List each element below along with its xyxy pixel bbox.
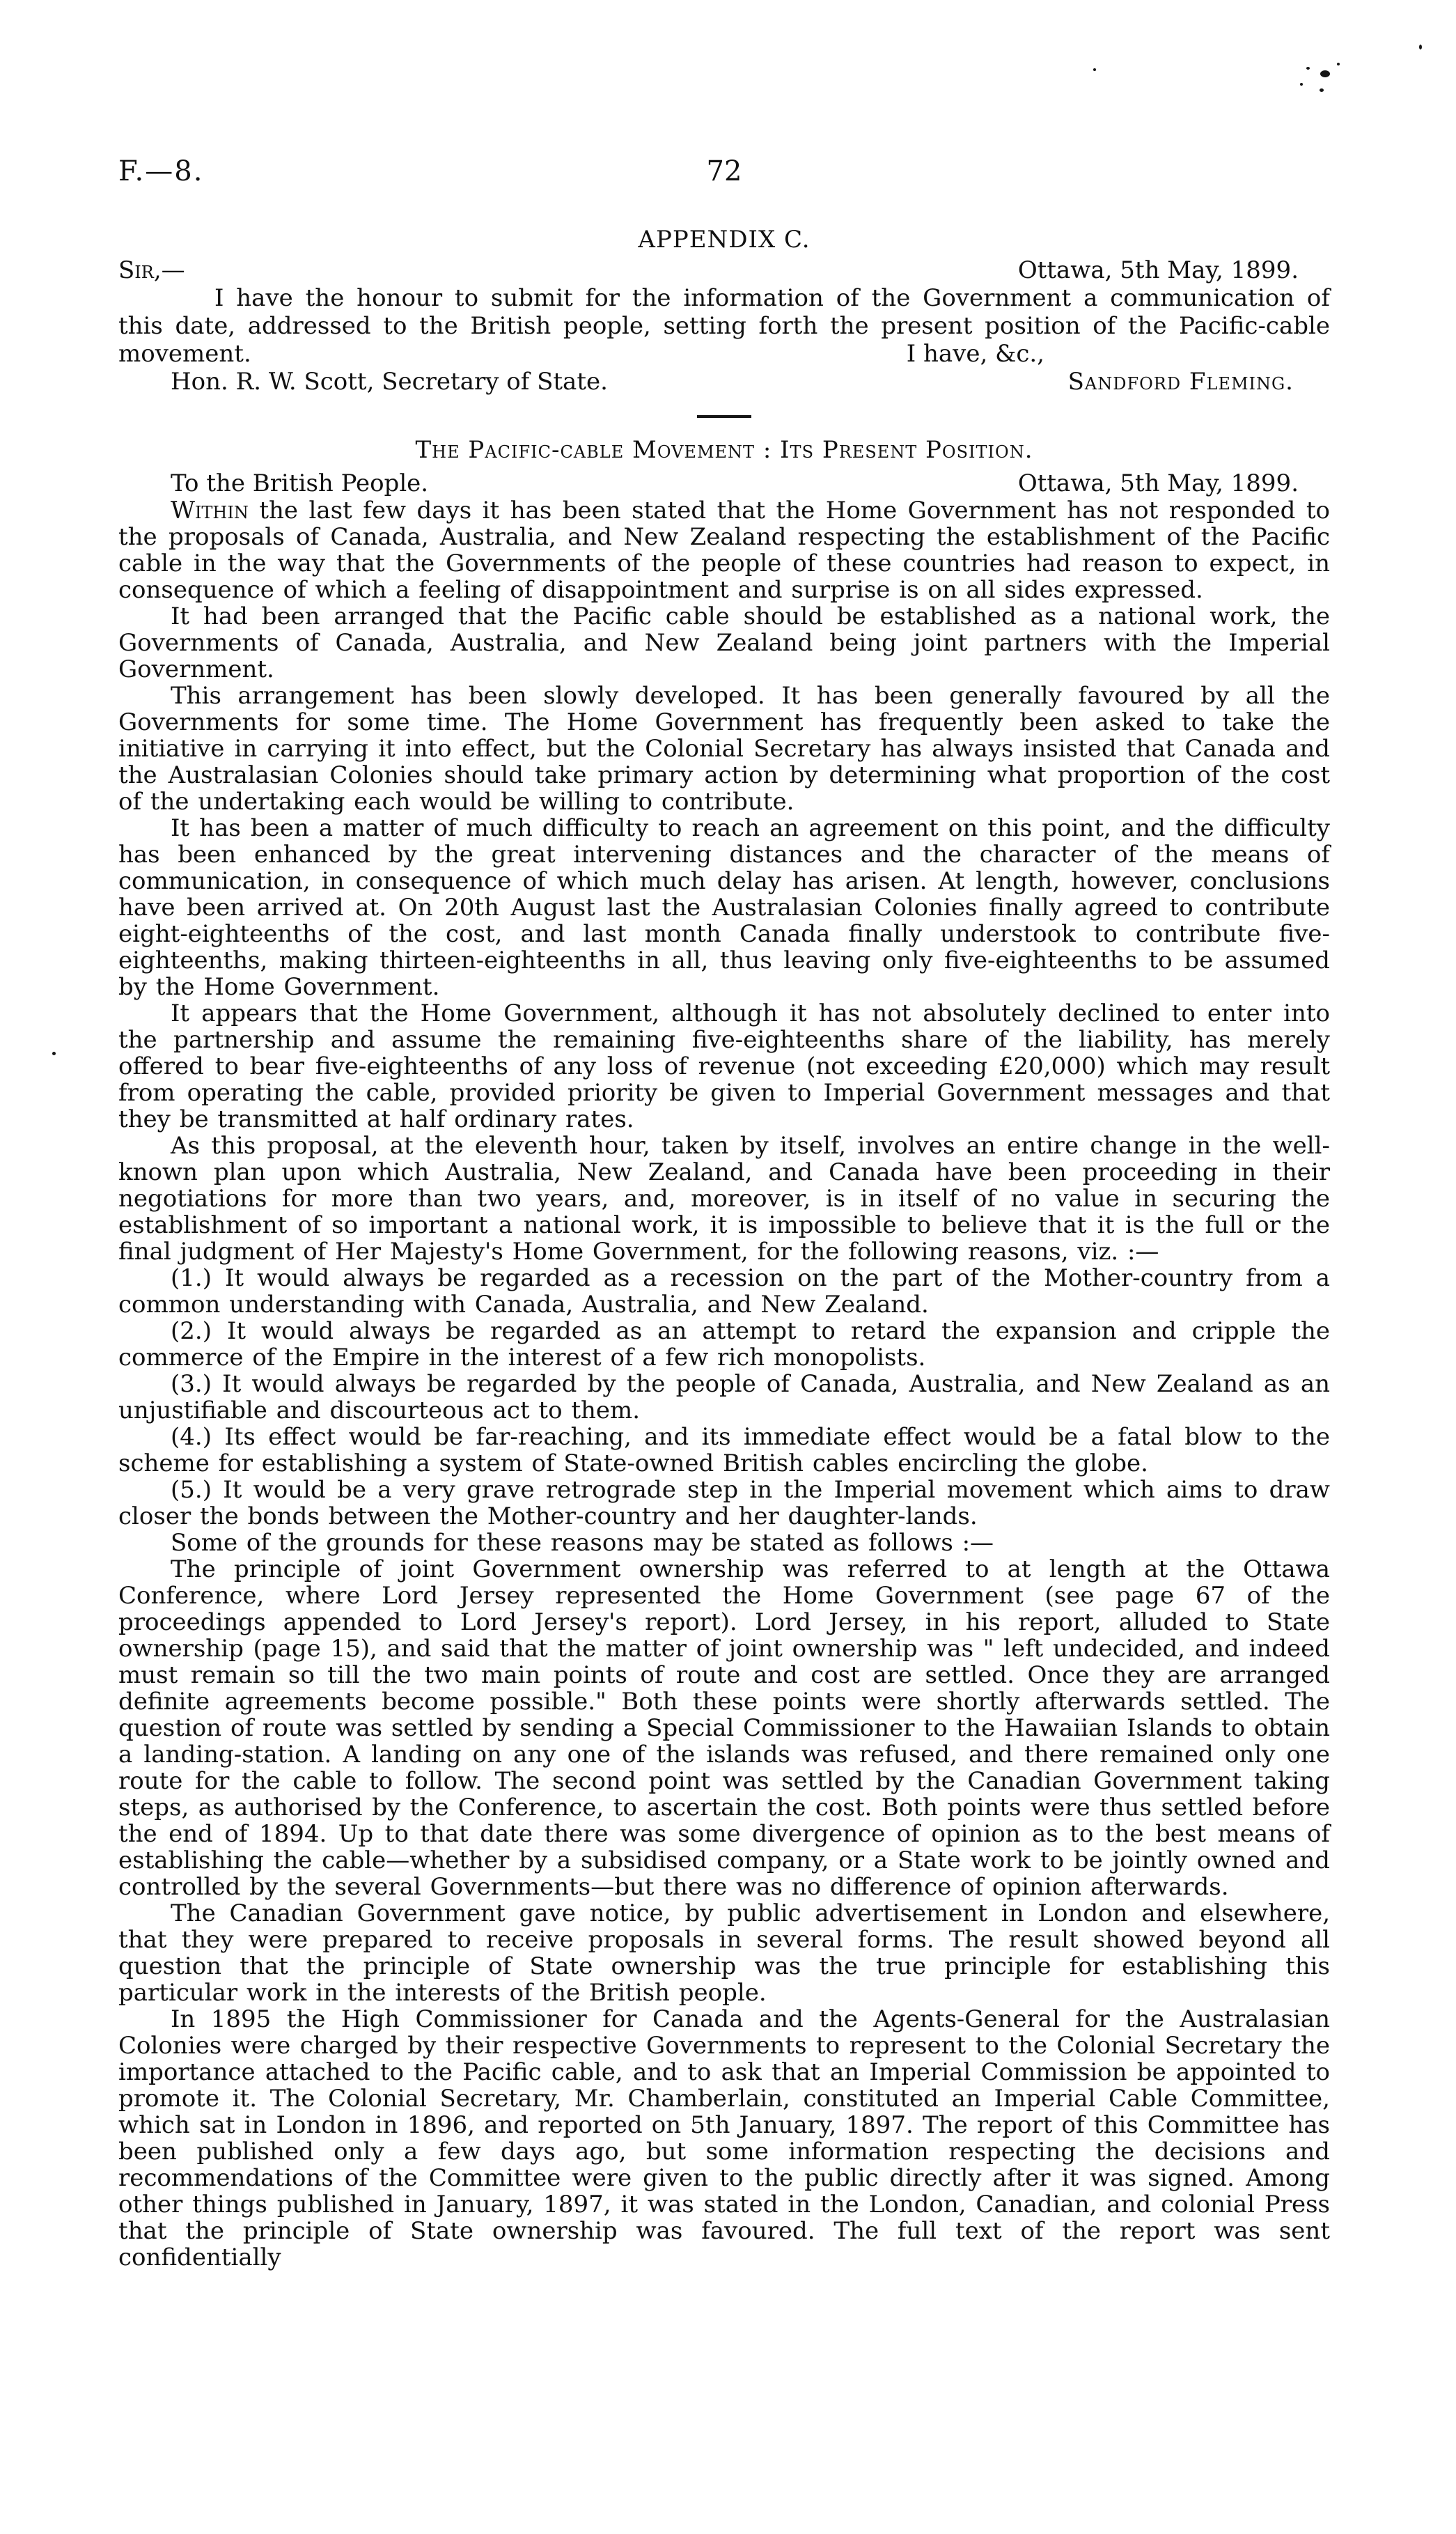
article-dateline-row: To the British People. Ottawa, 5th May, … (118, 469, 1330, 497)
paragraph: It has been a matter of much difficulty … (118, 815, 1330, 1000)
paragraph-lead-word: Within (171, 497, 249, 524)
article-title: The Pacific-cable Movement : Its Present… (118, 436, 1330, 464)
letter-section: Sir,— Ottawa, 5th May, 1899. I have the … (118, 256, 1330, 396)
page-header: F.—8. 72 (118, 155, 1330, 188)
letter-dateline: Ottawa, 5th May, 1899. (1018, 256, 1299, 284)
appendix-title: APPENDIX C. (118, 226, 1330, 254)
letter-signature: Sandford Fleming. (1068, 368, 1294, 396)
ink-speck (1320, 88, 1324, 92)
article-dateline: Ottawa, 5th May, 1899. (1018, 469, 1299, 497)
page-number: 72 (118, 155, 1330, 188)
text-column: F.—8. 72 APPENDIX C. Sir,— Ottawa, 5th M… (118, 0, 1330, 2271)
paragraph: In 1895 the High Commissioner for Canada… (118, 2006, 1330, 2271)
section-divider-rule (697, 415, 751, 418)
paragraph: (5.) It would be a very grave retrograde… (118, 1477, 1330, 1530)
ink-speck (1337, 63, 1340, 65)
signature-row: Hon. R. W. Scott, Secretary of State. Sa… (118, 368, 1330, 396)
letter-addressee: Hon. R. W. Scott, Secretary of State. (171, 368, 608, 396)
ink-speck (1320, 70, 1330, 77)
paragraph: This arrangement has been slowly develop… (118, 683, 1330, 815)
ink-speck (52, 1052, 56, 1055)
letter-valediction: I have, &c., (118, 340, 1044, 368)
paragraph: (1.) It would always be regarded as a re… (118, 1265, 1330, 1318)
paragraph: (4.) Its effect would be far-reaching, a… (118, 1424, 1330, 1477)
paragraph: As this proposal, at the eleventh hour, … (118, 1133, 1330, 1265)
paragraph: The principle of joint Government owners… (118, 1556, 1330, 1900)
salutation: Sir,— (118, 256, 185, 284)
paragraph: (3.) It would always be regarded by the … (118, 1371, 1330, 1424)
paragraph: It had been arranged that the Pacific ca… (118, 603, 1330, 683)
paragraph: The Canadian Government gave notice, by … (118, 1900, 1330, 2006)
article-section: The Pacific-cable Movement : Its Present… (118, 436, 1330, 2271)
ink-speck (1300, 83, 1303, 86)
document-page: F.—8. 72 APPENDIX C. Sir,— Ottawa, 5th M… (0, 0, 1456, 2534)
salutation-row: Sir,— Ottawa, 5th May, 1899. (118, 256, 1330, 284)
ink-speck (1306, 67, 1310, 70)
ink-speck (1093, 68, 1096, 71)
paragraph: (2.) It would always be regarded as an a… (118, 1318, 1330, 1371)
paragraph: It appears that the Home Government, alt… (118, 1000, 1330, 1133)
paragraph: Within the last few days it has been sta… (118, 497, 1330, 603)
paragraph: Some of the grounds for these reasons ma… (118, 1530, 1330, 1556)
article-body: Within the last few days it has been sta… (118, 497, 1330, 2271)
article-addressee: To the British People. (171, 469, 428, 497)
ink-speck (1419, 45, 1422, 49)
